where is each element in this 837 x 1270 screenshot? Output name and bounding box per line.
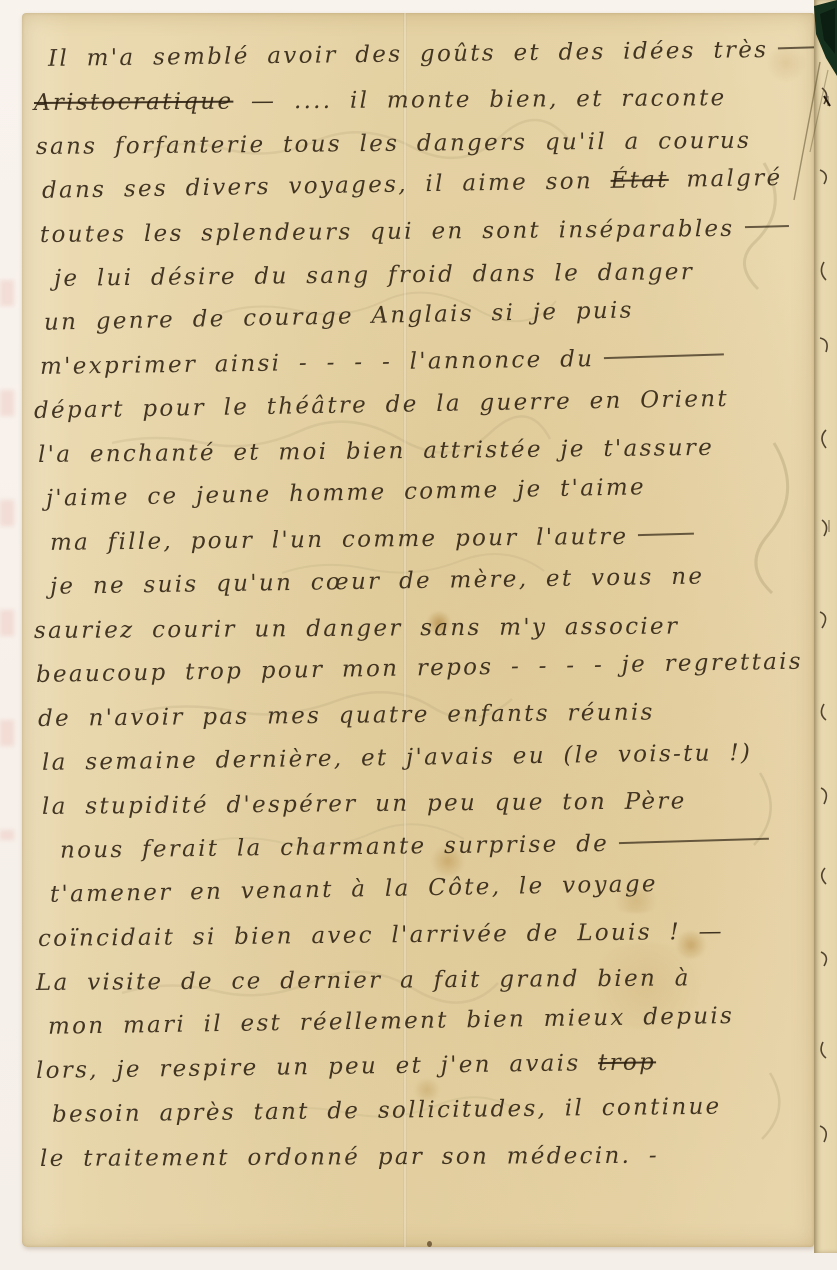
adjacent-page-ink-fragments (814, 0, 837, 1253)
pen-flourish-stroke (619, 838, 769, 844)
handwriting-line: la semaine dernière, et j'avais eu (le v… (34, 730, 807, 785)
pen-flourish-stroke (744, 225, 788, 228)
handwriting-line: Il m'a semblé avoir des goûts et des idé… (34, 28, 806, 81)
letter-page: Il m'a semblé avoir des goûts et des idé… (22, 13, 814, 1247)
handwriting-line: le traitement ordonné par son médecin. - (34, 1133, 806, 1181)
handwriting-line: Aristocratique — .... il monte bien, et … (34, 76, 806, 125)
pen-flourish-stroke (638, 533, 694, 537)
fold-edge-nick (427, 1241, 432, 1247)
adjacent-page-edge (814, 0, 837, 1253)
handwriting-line: besoin après tant de sollicitudes, il co… (34, 1084, 806, 1137)
pen-flourish-stroke (604, 353, 724, 359)
handwriting-text-block: Il m'a semblé avoir des goûts et des idé… (34, 37, 806, 1181)
handwriting-line: coïncidait si bien avec l'arrivée de Lou… (34, 909, 806, 961)
scanned-letter-image: Il m'a semblé avoir des goûts et des idé… (0, 0, 837, 1270)
